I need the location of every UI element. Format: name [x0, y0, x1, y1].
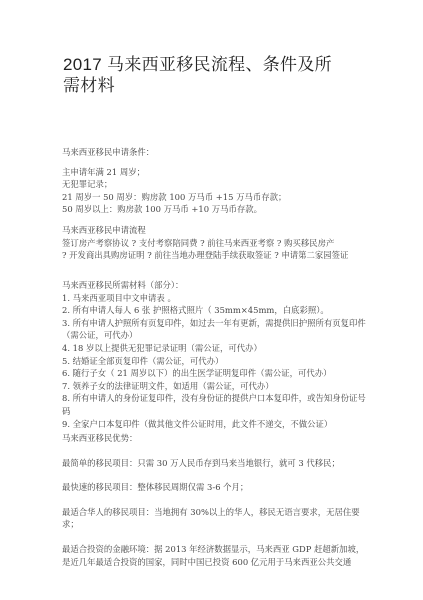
material-item: 1. 马来西亚项目中文申请表 。	[62, 292, 372, 305]
process-section: 马来西亚移民申请流程 签订房产考察协议 ? 支付考察陪同费 ? 前往马来西亚考察…	[62, 224, 372, 262]
condition-line: 50 周岁以上：购房款 100 万马币 +10 万马币存款。	[62, 203, 372, 216]
condition-line: 21 周岁一 50 周岁：购房款 100 万马币 +15 万马币存款；	[62, 191, 372, 204]
material-item: 9. 全家户口本复印件（做其他文件公证时用，此文件不递交，不做公证）	[62, 418, 372, 431]
process-line: ? 开发商出具购房证明 ? 前往当地办理登陆手续获取签证 ? 申请第二家园签证	[62, 249, 372, 262]
materials-section: 马来西亚移民所需材料（部分）： 1. 马来西亚项目中文申请表 。 2. 所有申请…	[62, 279, 372, 430]
advantages-section: 马来西亚移民优势： 最简单的移民项目：只需 30 万人民币存到马来当地银行，就可…	[62, 432, 372, 568]
conditions-heading: 马来西亚移民申请条件：	[62, 146, 372, 159]
material-item: 5. 结婚证全部页复印件（需公证，可代办）	[62, 355, 372, 368]
material-item: 2. 所有申请人每人 6 张 护照格式照片（ 35mm×45mm，白底彩照）。	[62, 304, 372, 317]
condition-line: 无犯罪记录；	[62, 178, 372, 191]
condition-line: 主申请年满 21 周岁；	[62, 166, 372, 179]
process-line: 签订房产考察协议 ? 支付考察陪同费 ? 前往马来西亚考察 ? 购买移民房产	[62, 237, 372, 250]
advantage-item: 最简单的移民项目：只需 30 万人民币存到马来当地银行，就可 3 代移民；	[62, 457, 372, 470]
title-line-1: 2017 马来西亚移民流程、条件及所	[63, 54, 363, 75]
materials-heading: 马来西亚移民所需材料（部分）：	[62, 279, 372, 292]
title-line-2: 需材料	[63, 75, 363, 96]
advantage-item: 最快速的移民项目：整体移民周期仅需 3-6 个月；	[62, 481, 372, 494]
conditions-section: 马来西亚移民申请条件： 主申请年满 21 周岁； 无犯罪记录； 21 周岁一 5…	[62, 146, 372, 216]
advantages-heading: 马来西亚移民优势：	[62, 432, 372, 445]
process-heading: 马来西亚移民申请流程	[62, 224, 372, 237]
advantage-item: 最适合投资的金融环境：据 2013 年经济数据显示，马来西亚 GDP 赶超新加坡…	[62, 543, 372, 568]
advantage-item: 最适合华人的移民项目：当地拥有 30%以上的华人，移民无语言要求，无居住要求；	[62, 506, 372, 531]
material-item: 8. 所有申请人的身份证复印件，没有身份证的提供户口本复印件，或告知身份证号码	[62, 392, 372, 417]
material-item: 3. 所有申请人护照所有页复印件，如过去一年有更新，需提供旧护照所有页复印件（需…	[62, 317, 372, 342]
material-item: 6. 随行子女（ 21 周岁以下）的出生医学证明复印件（需公证，可代办）	[62, 367, 372, 380]
document-page: 2017 马来西亚移民流程、条件及所 需材料 马来西亚移民申请条件： 主申请年满…	[0, 0, 423, 600]
page-title: 2017 马来西亚移民流程、条件及所 需材料	[63, 54, 363, 96]
material-item: 7. 领养子女的法律证明文件，如适用（需公证，可代办）	[62, 380, 372, 393]
material-item: 4. 18 岁以上提供无犯罪记录证明（需公证，可代办）	[62, 342, 372, 355]
